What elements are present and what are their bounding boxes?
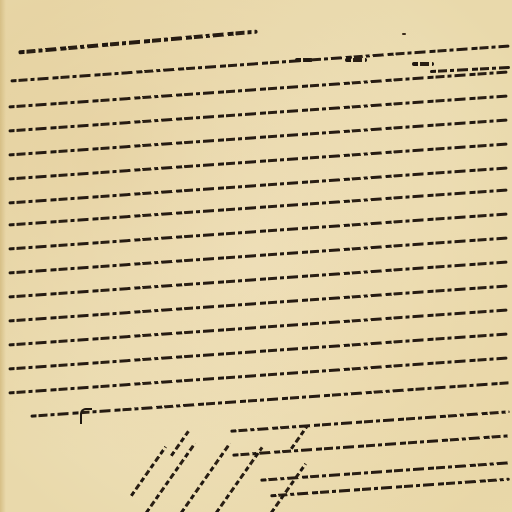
heading-word [412,62,434,66]
body-line-1 [18,30,257,55]
ink-dot [402,33,406,35]
document-page: handwritten Ottoman Turkish letter Arabi… [0,0,512,512]
body-line-17 [230,410,510,433]
pen-mark [80,408,92,424]
paper-edge [0,0,6,512]
seal-notation [290,425,309,450]
body-line-18 [232,434,510,456]
signature-line-6 [270,463,307,512]
closing-line [270,478,510,498]
